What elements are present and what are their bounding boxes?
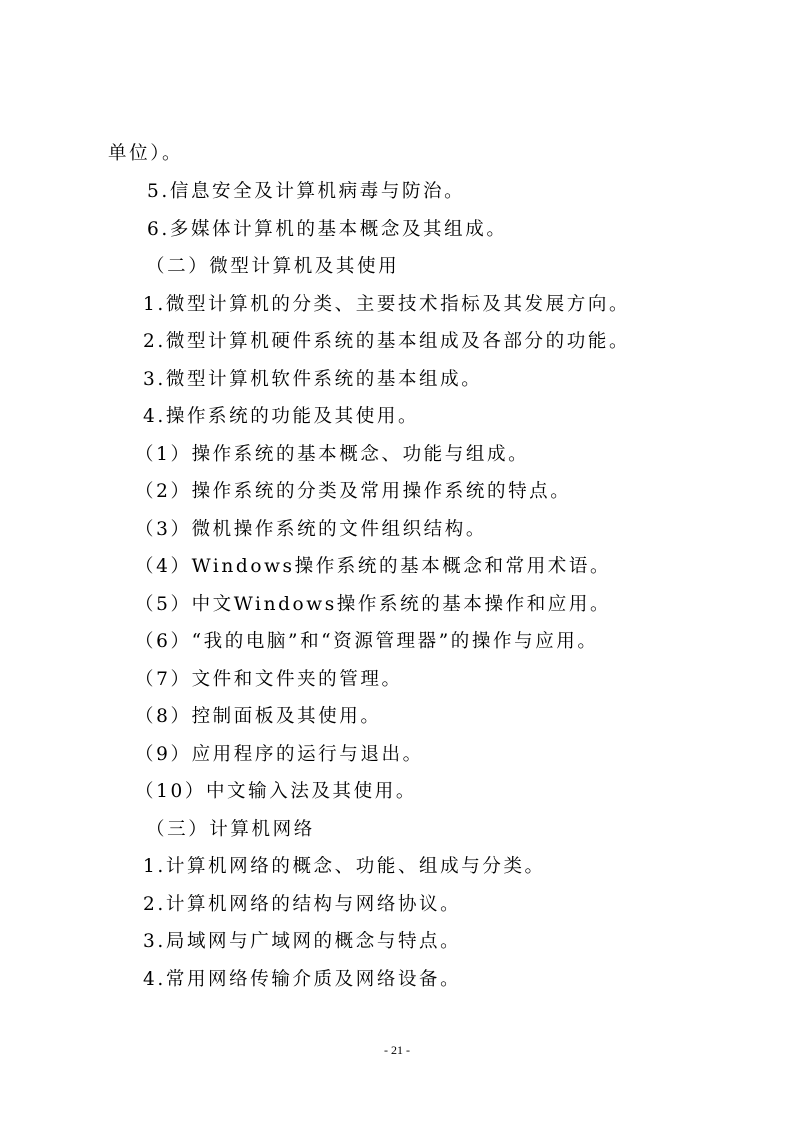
sub-item-2: （2）操作系统的分类及常用操作系统的特点。 bbox=[135, 480, 571, 504]
sub-item-3: （3）微机操作系统的文件组织结构。 bbox=[135, 518, 487, 542]
list-item-5-info-security: 5.信息安全及计算机病毒与防治。 bbox=[147, 180, 465, 204]
sub-item-9: （9）应用程序的运行与退出。 bbox=[135, 743, 424, 767]
sub-item-4: （4）Windows操作系统的基本概念和常用术语。 bbox=[135, 555, 611, 579]
sub-item-6: （6）“我的电脑”和“资源管理器”的操作与应用。 bbox=[135, 630, 599, 654]
list-item-1-classification: 1.微型计算机的分类、主要技术指标及其发展方向。 bbox=[143, 293, 630, 317]
list-item-6-multimedia: 6.多媒体计算机的基本概念及其组成。 bbox=[147, 218, 507, 242]
text-line-continuation: 单位）。 bbox=[108, 142, 183, 166]
list-item-3-lan-wan: 3.局域网与广域网的概念与特点。 bbox=[143, 930, 461, 954]
section-heading-2-microcomputer: （二）微型计算机及其使用 bbox=[146, 255, 399, 279]
sub-item-5: （5）中文Windows操作系统的基本操作和应用。 bbox=[135, 593, 611, 617]
list-item-1-network-concept: 1.计算机网络的概念、功能、组成与分类。 bbox=[143, 855, 546, 879]
list-item-4-operating-system: 4.操作系统的功能及其使用。 bbox=[143, 405, 419, 429]
sub-item-7: （7）文件和文件夹的管理。 bbox=[135, 668, 403, 692]
section-heading-3-network: （三）计算机网络 bbox=[146, 818, 315, 842]
document-page: 单位）。 5.信息安全及计算机病毒与防治。 6.多媒体计算机的基本概念及其组成。… bbox=[0, 0, 794, 1123]
sub-item-10: （10）中文输入法及其使用。 bbox=[135, 780, 417, 804]
list-item-2-hardware: 2.微型计算机硬件系统的基本组成及各部分的功能。 bbox=[143, 330, 630, 354]
page-number: - 21 - bbox=[0, 1043, 794, 1058]
list-item-4-media-devices: 4.常用网络传输介质及网络设备。 bbox=[143, 968, 461, 992]
sub-item-8: （8）控制面板及其使用。 bbox=[135, 705, 381, 729]
list-item-2-network-structure: 2.计算机网络的结构与网络协议。 bbox=[143, 893, 461, 917]
sub-item-1: （1）操作系统的基本概念、功能与组成。 bbox=[135, 443, 529, 467]
list-item-3-software: 3.微型计算机软件系统的基本组成。 bbox=[143, 368, 482, 392]
